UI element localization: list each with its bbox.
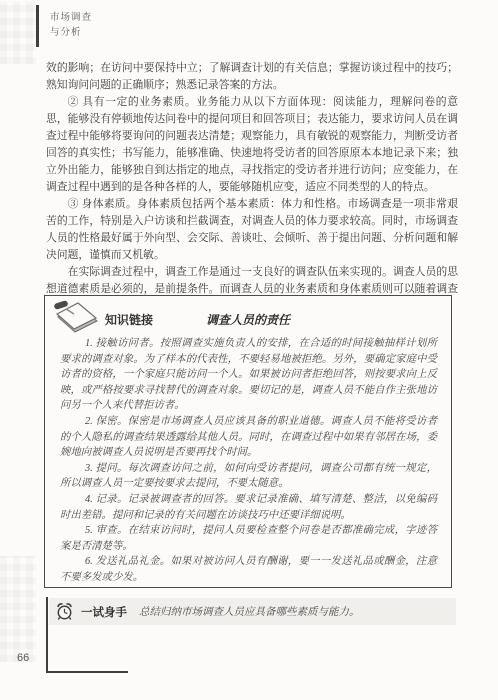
footer-corner-rule-horizontal	[46, 671, 128, 673]
header-title-line1: 市场调查	[50, 10, 92, 25]
scan-artifact-bottom	[0, 556, 36, 662]
knowledge-item: 1. 接触访问者。按照调查实施负责人的安排，在合适的时间接触抽样计划所要求的调查…	[60, 336, 437, 414]
book-page: 市场调查 与分析 效的影响；在访问中要保持中立；了解调查计划的有关信息；掌握访谈…	[0, 0, 498, 700]
knowledge-item: 5. 审查。在结束访问时，提问人员要检查整个问卷是否都准确完成，字迹答案是否清楚…	[60, 523, 437, 554]
footer-corner-rule-vertical	[46, 597, 48, 673]
page-number: 66	[17, 652, 29, 664]
try-it-strip: 一试身手 总结归纳市场调查人员应具备哪些素质与能力。	[49, 598, 456, 625]
scan-artifact-top	[0, 2, 36, 64]
knowledge-item: 3. 提问。每次调查访问之前，如何向受访者提问，调查公司都有统一规定，所以调查人…	[60, 461, 437, 492]
body-text: 效的影响；在访问中要保持中立；了解调查计划的有关信息；掌握访谈过程中的技巧；熟知…	[46, 60, 458, 315]
knowledge-item: 4. 记录。记录被调查者的回答。要求记录准确、填写清楚、整洁，以免编码时出差错。…	[60, 492, 437, 523]
body-paragraph: 效的影响；在访问中要保持中立；了解调查计划的有关信息；掌握访谈过程中的技巧；熟知…	[46, 60, 458, 94]
body-paragraph: ② 具有一定的业务素质。业务能力从以下方面体现：阅读能力，理解问卷的意思，能够没…	[46, 94, 458, 196]
knowledge-item: 2. 保密。保密是市场调查人员应该具备的职业道德。调查人员不能将受访者的个人隐私…	[60, 414, 437, 461]
body-paragraph: ③ 身体素质。身体素质包括两个基本素质：体力和性格。市场调查是一项非常艰苦的工作…	[46, 196, 458, 264]
try-it-label: 一试身手	[81, 604, 127, 620]
try-it-text: 总结归纳市场调查人员应具备哪些素质与能力。	[139, 604, 360, 619]
header-rule	[36, 5, 39, 47]
running-header: 市场调查 与分析	[50, 10, 92, 40]
knowledge-item: 6. 发送礼品礼金。如果对被访问人员有酬谢，要一一发送礼品或酬金，注意不要多发或…	[60, 554, 437, 585]
alarm-clock-icon	[55, 602, 74, 621]
header-title-line2: 与分析	[50, 25, 92, 40]
knowledge-box-body: 1. 接触访问者。按照调查实施负责人的安排，在合适的时间接触抽样计划所要求的调查…	[45, 334, 451, 586]
knowledge-box: 知识链接 调查人员的责任 1. 接触访问者。按照调查实施负责人的安排，在合适的时…	[44, 295, 452, 588]
knowledge-box-header: 知识链接 调查人员的责任	[45, 296, 451, 334]
knowledge-box-title: 调查人员的责任	[45, 311, 451, 328]
